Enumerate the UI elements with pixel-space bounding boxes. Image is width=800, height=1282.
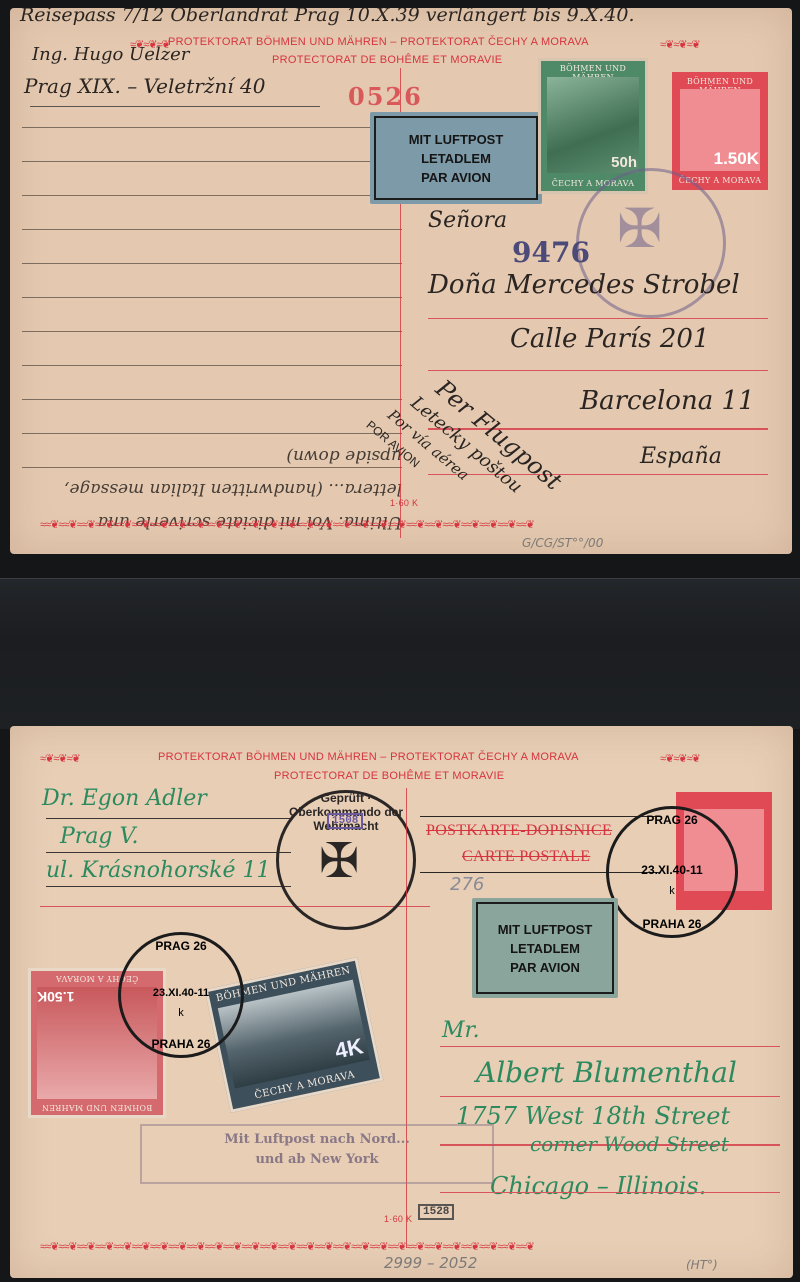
sender-address: Prag XIX. – Veletržní 40	[24, 74, 265, 98]
recipient-corner: corner Wood Street	[530, 1132, 729, 1156]
stamp-printed-150k-linden: BÖHMEN UND MÄHREN 1.50K ČECHY A MORAVA	[672, 72, 768, 190]
price-imprint: 1·60 K	[390, 498, 418, 508]
postmark-top-text: PRAG 26	[609, 813, 735, 827]
ornament-border-right: ≈❦≈❦≈❦	[660, 38, 700, 50]
postmark-letter: k	[121, 1007, 241, 1019]
postmark-letter: k	[609, 885, 735, 897]
postcard-top: ≈❦≈❦≈❦ PROTEKTORAT BÖHMEN UND MÄHREN – P…	[10, 8, 792, 554]
recipient-country: España	[640, 444, 722, 469]
routing-cachet-line1: Mit Luftpost nach Nord...	[142, 1132, 492, 1147]
postmark-praha-26: PRAG 26 23.XI.40-11 k PRAHA 26	[606, 806, 738, 938]
boxed-number: 1528	[418, 1204, 454, 1220]
routing-cachet-box: Mit Luftpost nach Nord... und ab New Yor…	[140, 1124, 494, 1184]
pencil-note: G/CG/ST°°/00	[522, 536, 603, 550]
card-title-struck-2: CARTE POSTALE	[462, 848, 590, 866]
airmail-label-line1: MIT LUFTPOST	[409, 130, 504, 149]
address-rule-2	[440, 1096, 780, 1097]
ornament-border-right: ≈❦≈❦≈❦	[660, 752, 700, 764]
sender-rule-3	[46, 886, 291, 887]
airmail-label: MIT LUFTPOST LETADLEM PAR AVION	[472, 898, 618, 998]
sender-rule-2	[46, 852, 291, 853]
recipient-city: Chicago – Illinois.	[490, 1172, 706, 1200]
censor-number: 9476	[512, 236, 590, 269]
header-line1: PROTEKTORAT BÖHMEN UND MÄHREN – PROTEKTO…	[158, 751, 579, 763]
stamp-value: 1.50K	[714, 149, 759, 169]
header-line1: PROTEKTORAT BÖHMEN UND MÄHREN – PROTEKTO…	[168, 36, 589, 48]
ornament-border-left: ≈❦≈❦≈❦	[40, 752, 80, 764]
postmark-date: 23.XI.40-11	[609, 863, 735, 877]
stamp-value: 1.50K	[37, 989, 74, 1005]
sender-underline	[30, 106, 320, 107]
album-divider	[0, 578, 800, 729]
message-lines	[22, 118, 402, 498]
pencil-note-left: 2999 – 2052	[384, 1254, 477, 1272]
censor-box-number: 1508	[327, 813, 363, 829]
sender-city: Prag V.	[60, 824, 139, 849]
pencil-number: 276	[450, 874, 484, 895]
airmail-label-line3: PAR AVION	[421, 168, 491, 187]
postmark-date: 23.XI.40-11	[121, 987, 241, 999]
address-rule-2	[428, 370, 768, 371]
address-rule-1	[428, 318, 768, 319]
airmail-label-line2: LETADLEM	[510, 939, 580, 958]
handwritten-passport-note: Reisepass 7/12 Oberlandrat Prag 10.X.39 …	[20, 8, 635, 26]
recipient-title: Mr.	[442, 1018, 480, 1043]
routing-cachet-line2: und ab New York	[142, 1152, 492, 1167]
price-imprint: 1·60 K	[384, 1214, 412, 1224]
recipient-line2: Doña Mercedes Strobel	[428, 270, 740, 300]
postmark-bottom-text: PRAHA 26	[121, 1037, 241, 1051]
header-line2: PROTECTORAT DE BOHÊME ET MORAVIE	[272, 54, 502, 66]
postcard-bottom: ≈❦≈❦≈❦ PROTEKTORAT BÖHMEN UND MÄHREN – P…	[10, 726, 793, 1278]
recipient-line3: Calle París 201	[510, 324, 709, 354]
sender-rule-1	[46, 818, 291, 819]
postmark-top-text: PRAG 26	[121, 939, 241, 953]
eagle-icon: ✠	[319, 833, 359, 889]
stamp-bottom-text: BÖHMEN UND MÄHREN	[31, 1103, 163, 1112]
eagle-icon: ✠	[617, 197, 662, 260]
stamp-value: 50h	[611, 154, 637, 171]
address-rule-1	[440, 1046, 780, 1047]
airmail-label: MIT LUFTPOST LETADLEM PAR AVION	[370, 112, 542, 204]
recipient-name: Albert Blumenthal	[476, 1056, 737, 1089]
sender-name: Dr. Egon Adler	[42, 786, 207, 811]
recipient-line1: Señora	[428, 208, 507, 233]
pencil-note-right: (HT°)	[686, 1258, 718, 1272]
airmail-label-line1: MIT LUFTPOST	[498, 920, 593, 939]
card-title-struck-1: POSTKARTE-DOPISNICE	[426, 822, 612, 840]
postmark-on-stamps: PRAG 26 23.XI.40-11 k PRAHA 26	[118, 932, 244, 1058]
sender-street: ul. Krásnohorské 11	[46, 858, 271, 883]
recipient-line4: Barcelona 11	[580, 386, 755, 416]
ornament-border-bottom: ≈≈❦≈≈❦≈≈❦≈≈❦≈≈❦≈≈❦≈≈❦≈≈❦≈≈❦≈≈❦≈≈❦≈≈❦≈≈❦≈…	[40, 1240, 775, 1252]
censor-handstamp-wehrmacht: Geprüft · Oberkommando der Wehrmacht 150…	[276, 790, 416, 930]
airmail-label-line3: PAR AVION	[510, 958, 580, 977]
address-rule-4	[440, 1192, 780, 1193]
ornament-border-bottom: ≈≈❦≈≈❦≈≈❦≈≈❦≈≈❦≈≈❦≈≈❦≈≈❦≈≈❦≈≈❦≈≈❦≈≈❦≈≈❦≈…	[40, 518, 770, 530]
airmail-label-line2: LETADLEM	[421, 149, 491, 168]
postmark-bottom-text: PRAHA 26	[609, 917, 735, 931]
sender-name: Ing. Hugo Uelzer	[32, 44, 189, 65]
recipient-street: 1757 West 18th Street	[456, 1102, 730, 1130]
header-line2: PROTECTORAT DE BOHÊME ET MORAVIE	[274, 770, 504, 782]
red-number-stamp: 0526	[348, 82, 423, 111]
